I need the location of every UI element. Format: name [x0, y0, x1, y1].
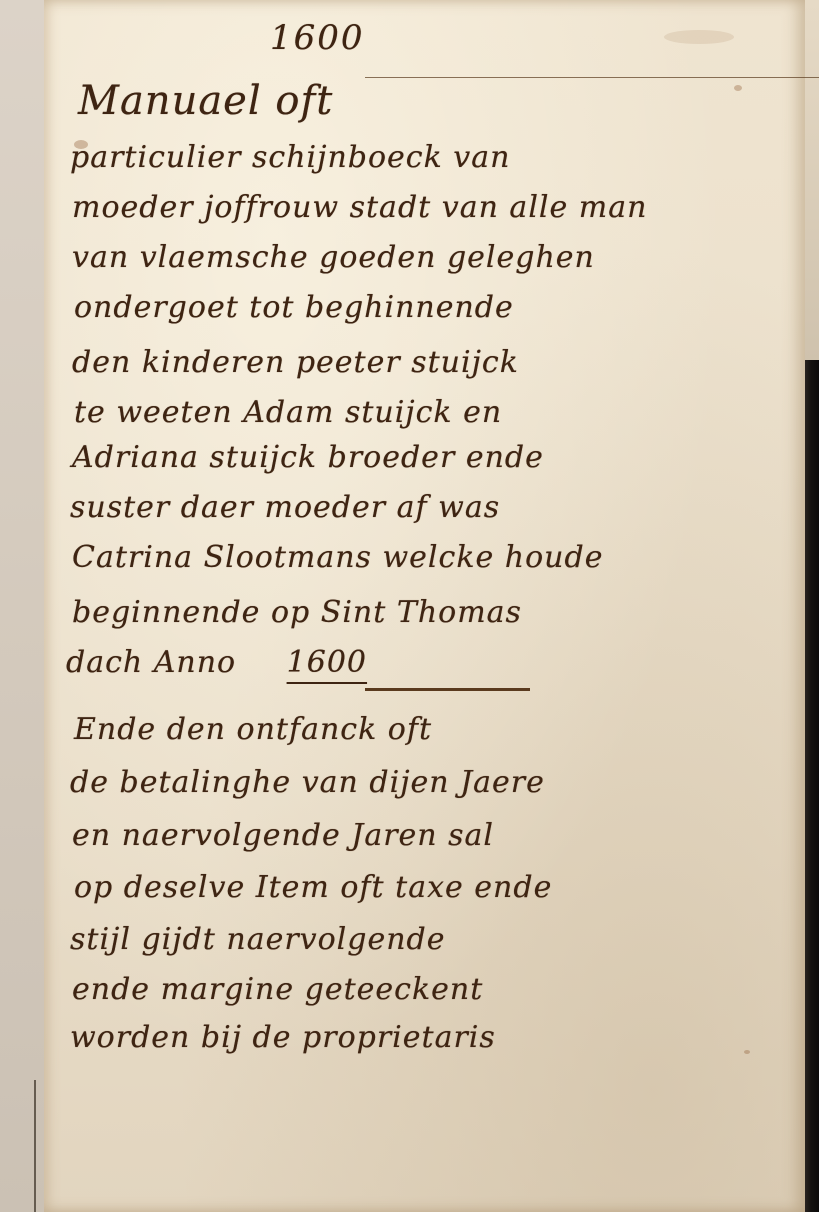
- line-12-text: dach Anno: [66, 645, 236, 680]
- manuscript-line-10: Catrina Slootmans welcke houde: [72, 540, 603, 575]
- manuscript-line-1: Manuael oft: [78, 78, 333, 124]
- binding-edge: [34, 1080, 36, 1212]
- photo-scene: 1600 Manuael oft particulier schijnboeck…: [0, 0, 819, 1212]
- manuscript-line-4: van vlaemsche goeden geleghen: [72, 240, 595, 275]
- strike-rule: [365, 77, 819, 78]
- underline-rule: [365, 688, 530, 691]
- heading-year: 1600: [270, 18, 365, 58]
- underlying-page: [0, 0, 48, 1212]
- manuscript-line-2: particulier schijnboeck van: [70, 140, 510, 175]
- manuscript-line-7: te weeten Adam stuijck en: [74, 395, 502, 430]
- manuscript-line-9: suster daer moeder af was: [70, 490, 500, 525]
- manuscript-line-12: dach Anno 1600: [66, 645, 367, 680]
- manuscript-line-15: en naervolgende Jaren sal: [72, 818, 494, 853]
- manuscript-line-14: de betalinghe van dijen Jaere: [70, 765, 545, 800]
- manuscript-line-5: ondergoet tot beghinnende: [74, 290, 514, 325]
- inline-year: 1600: [287, 645, 367, 680]
- manuscript-line-8: Adriana stuijck broeder ende: [72, 440, 544, 475]
- ink-stain: [734, 85, 742, 91]
- manuscript-line-3: moeder joffrouw stadt van alle man: [72, 190, 647, 225]
- manuscript-line-11: beginnende op Sint Thomas: [72, 595, 522, 630]
- manuscript-line-19: worden bij de proprietaris: [70, 1020, 496, 1055]
- ink-stain: [744, 1050, 750, 1054]
- page-edge-top: [805, 0, 819, 360]
- manuscript-line-6: den kinderen peeter stuijck: [72, 345, 519, 380]
- manuscript-line-17: stijl gijdt naervolgende: [70, 922, 446, 957]
- manuscript-line-16: op deselve Item oft taxe ende: [74, 870, 552, 905]
- manuscript-line-13: Ende den ontfanck oft: [74, 712, 432, 747]
- ink-stain: [664, 30, 734, 44]
- manuscript-line-18: ende margine geteeckent: [72, 972, 483, 1007]
